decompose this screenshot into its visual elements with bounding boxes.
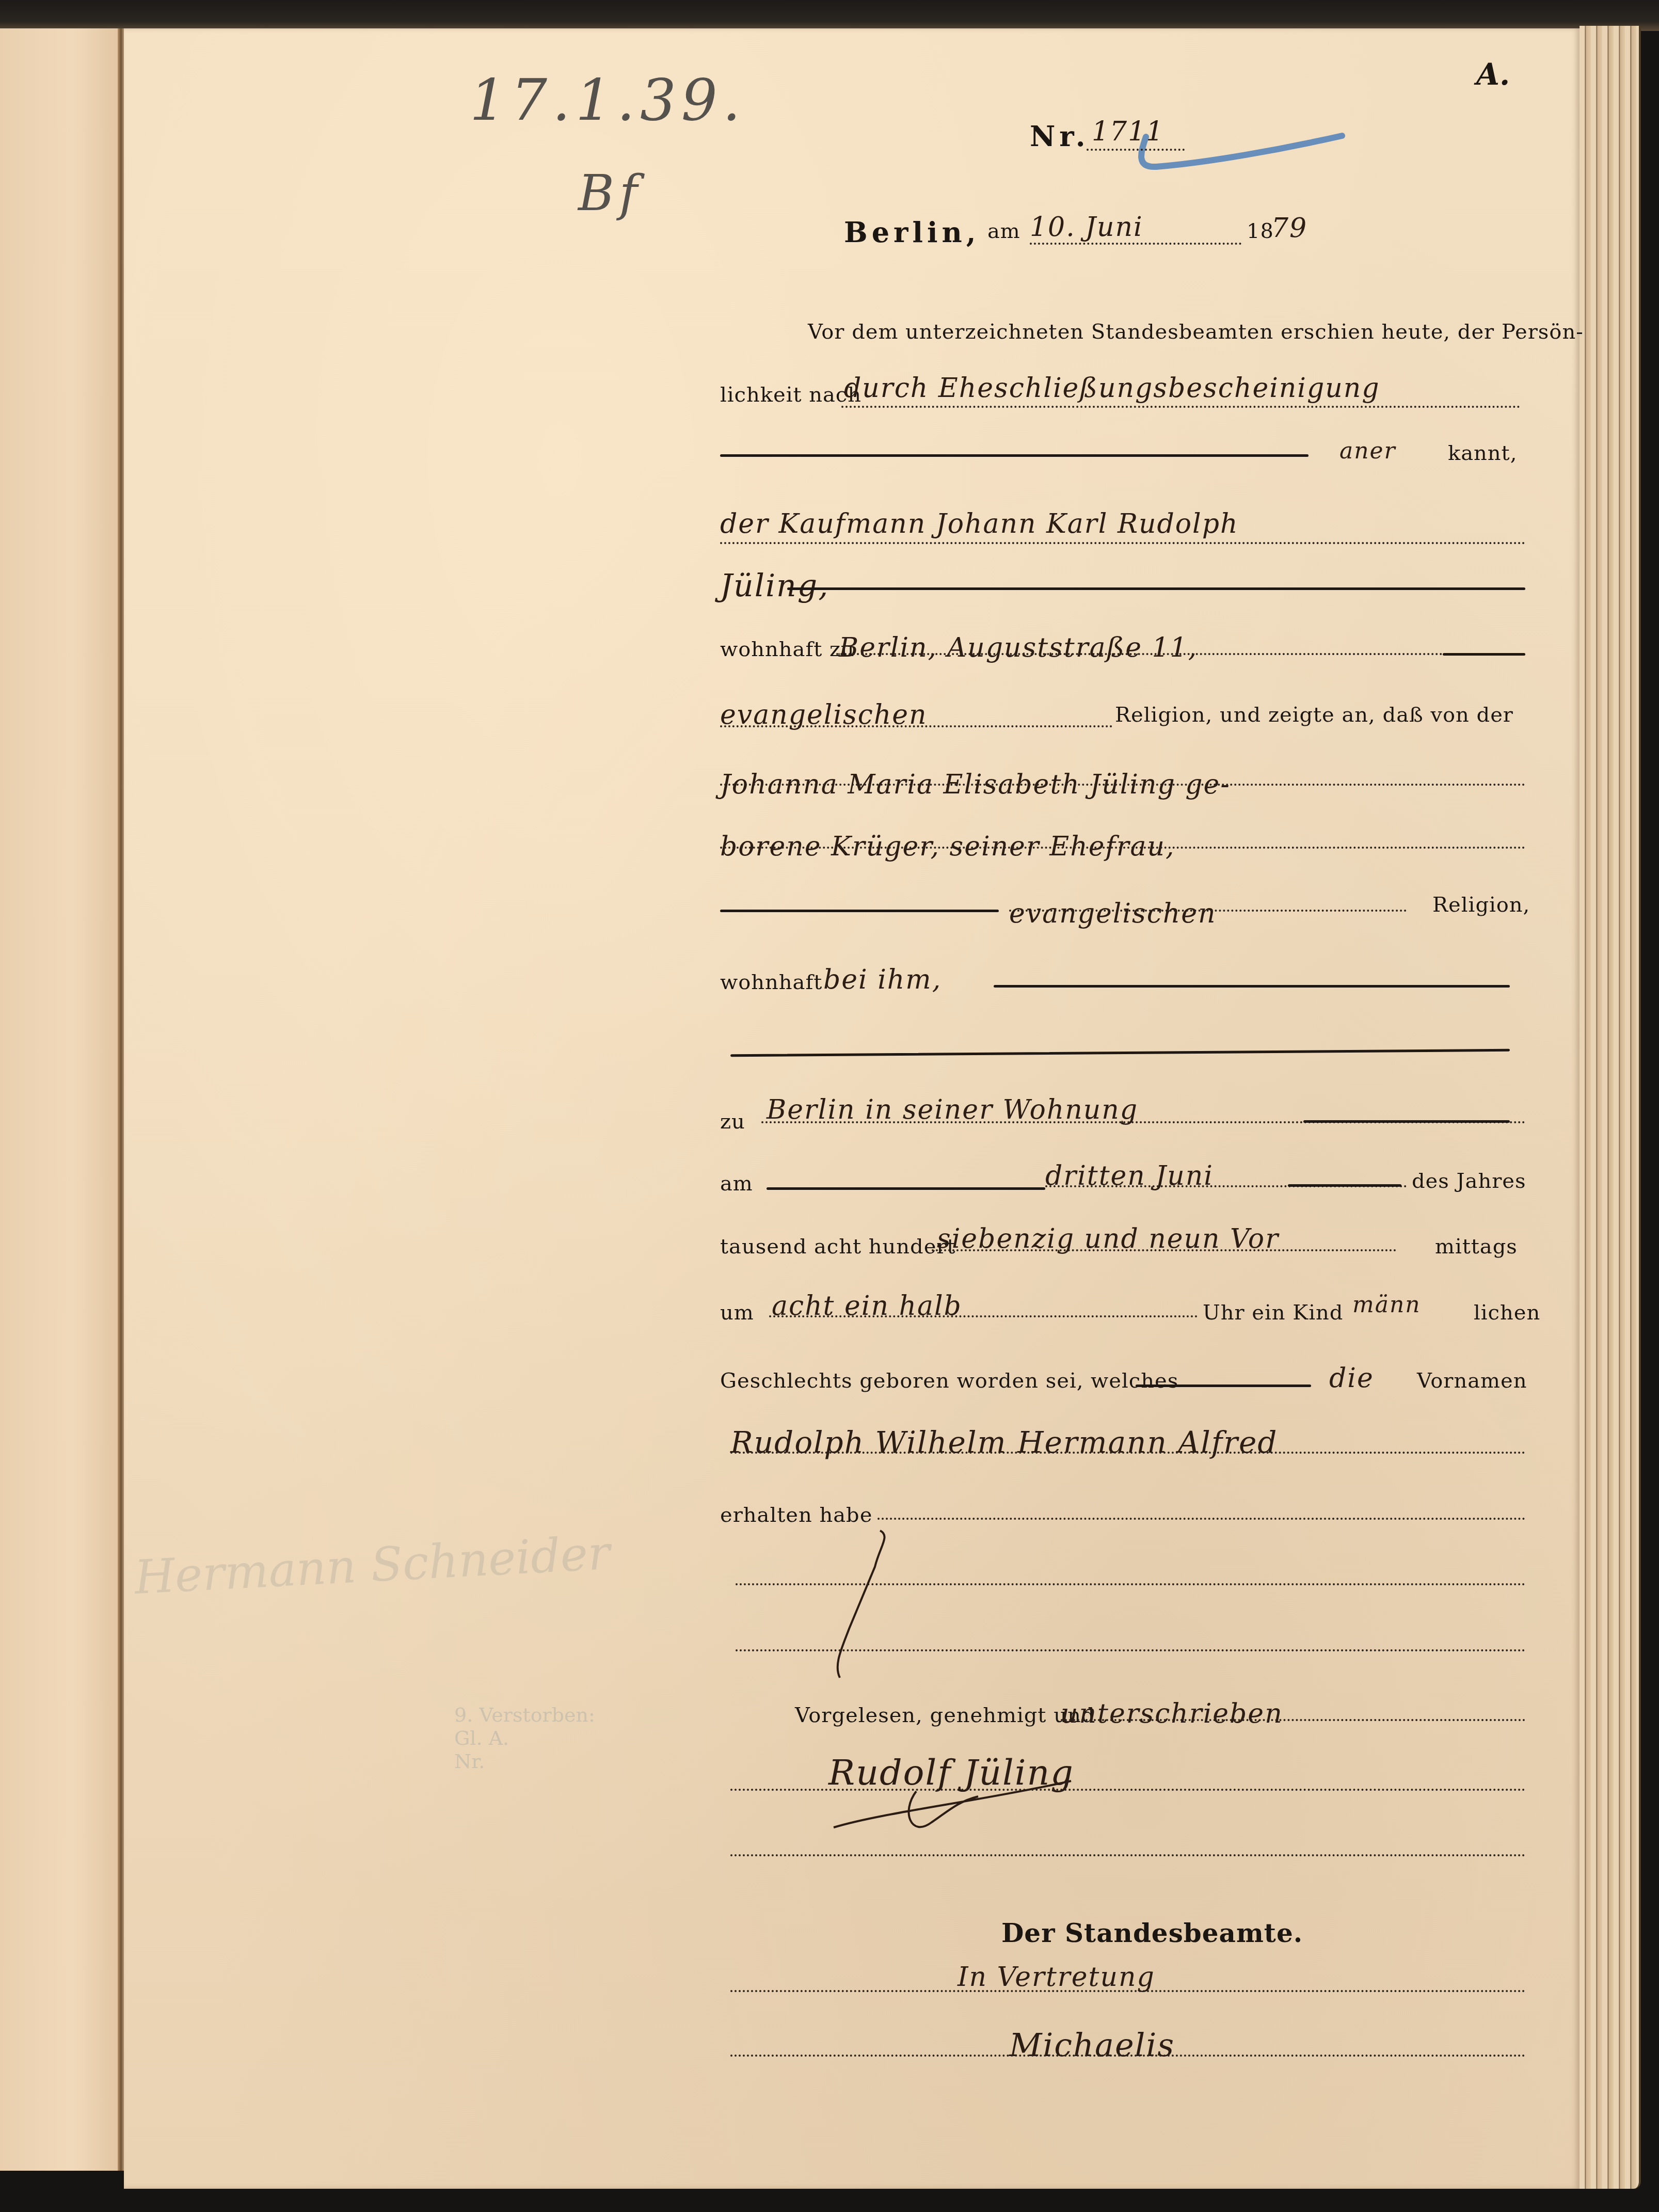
registrar-signature: Michaelis <box>1009 2026 1175 2064</box>
unterschrieben-hand: unterschrieben <box>1061 1698 1283 1729</box>
religion-dotline <box>720 725 1112 727</box>
persoenlichkeit-label: lichkeit nach <box>720 383 862 407</box>
anerkannt-hand: aner <box>1339 438 1396 464</box>
birth-date-fill-2 <box>1288 1184 1401 1187</box>
blank-fill-line <box>730 1049 1510 1057</box>
uhr-ein-kind: Uhr ein Kind <box>1203 1301 1343 1325</box>
mother-wohnhaft-label: wohnhaft <box>720 970 822 994</box>
informant-residence: Berlin, Auguststraße 11, <box>839 632 1198 663</box>
erhalten-dotline <box>878 1518 1525 1520</box>
signature-flourish <box>823 1771 1081 1843</box>
vornamen-label: Vornamen <box>1417 1369 1527 1393</box>
registrar-dotline-1 <box>730 1990 1525 1992</box>
child-given-names: Rudolph Wilhelm Hermann Alfred <box>730 1425 1278 1460</box>
mother-dotline-2 <box>720 847 1525 849</box>
birth-time-dotline <box>769 1315 1198 1317</box>
pencil-initials: Bf <box>578 165 643 222</box>
anerkannt-printed: kannt, <box>1448 441 1517 465</box>
page-stack-edges <box>1580 26 1641 2189</box>
mother-religion-dotline <box>1009 910 1407 912</box>
registrar-in-vertretung: In Vertretung <box>958 1962 1155 1993</box>
entry-number-label: Nr. <box>1030 120 1090 153</box>
faint-stamp-line-3: Nr. <box>454 1750 485 1773</box>
child-sex: männ <box>1352 1292 1421 1318</box>
um-label: um <box>720 1301 754 1325</box>
anerkannt-fill-line <box>720 454 1309 457</box>
entry-number-value: 1711 <box>1092 116 1164 147</box>
mittags-label: mittags <box>1435 1235 1518 1259</box>
birth-register-form: Nr. 1711 Berlin, am 10. Juni 18 79 Vor d… <box>720 0 1546 2212</box>
mother-religion-printed: Religion, <box>1432 893 1530 917</box>
left-page-edge <box>0 28 121 2171</box>
year-prefix: 18 <box>1247 219 1274 243</box>
zu-label: zu <box>720 1110 745 1134</box>
mother-residence: bei ihm, <box>823 964 942 995</box>
registrar-dotline-2 <box>730 2055 1525 2057</box>
registrar-title: Der Standesbeamte. <box>1001 1918 1303 1948</box>
opening-sentence: Vor dem unterzeichneten Standesbeamten e… <box>808 320 1584 344</box>
year-suffix: 79 <box>1271 213 1307 244</box>
welches-hand: die <box>1329 1363 1374 1394</box>
place-label: Berlin, <box>844 216 980 249</box>
mother-residence-fill <box>994 985 1510 988</box>
geschlechts-line: Geschlechts geboren worden sei, welches <box>720 1369 1178 1393</box>
residence-fill-line <box>1443 653 1525 656</box>
residence-dotline <box>836 653 1525 655</box>
lichen-label: lichen <box>1474 1301 1540 1325</box>
informant-line-1: der Kaufmann Johann Karl Rudolph <box>720 508 1239 539</box>
mother-religion: evangelischen <box>1009 898 1217 929</box>
erhalten-habe: erhalten habe <box>720 1503 872 1527</box>
birth-year-dotline <box>932 1249 1396 1251</box>
identification-method: durch Eheschließungsbescheinigung <box>844 373 1380 404</box>
vorgelesen-label: Vorgelesen, genehmigt und <box>795 1704 1095 1727</box>
vorgelesen-dotline <box>1061 1719 1525 1721</box>
faint-stamp-line-1: 9. Verstorben: <box>454 1704 595 1726</box>
birth-am-label: am <box>720 1172 753 1196</box>
date-dotline <box>1030 243 1241 245</box>
identification-line <box>841 406 1520 408</box>
signature-dotline-2 <box>730 1854 1525 1856</box>
tausend-acht-hundert: tausend acht hundert <box>720 1235 956 1259</box>
birth-date-fill <box>767 1187 1045 1190</box>
pencil-date-annotation: 17.1.39. <box>470 67 746 133</box>
informant-fill-line <box>787 587 1525 590</box>
religion-printed: Religion, und zeigte an, daß von der <box>1115 703 1513 727</box>
given-names-dotline <box>730 1452 1525 1454</box>
des-jahres-label: des Jahres <box>1412 1169 1526 1193</box>
informant-surname: Jüling, <box>720 568 829 604</box>
wohnhaft-zu-label: wohnhaft zu <box>720 638 855 661</box>
informant-dotline-1 <box>720 542 1525 544</box>
faint-stamp-line-2: Gl. A. <box>454 1727 509 1749</box>
date-value: 10. Juni <box>1030 212 1143 243</box>
mother-religion-fill <box>720 910 999 912</box>
mother-dotline-1 <box>720 784 1525 786</box>
birth-place: Berlin in seiner Wohnung <box>767 1094 1138 1125</box>
birth-place-fill <box>1303 1120 1510 1123</box>
welches-fill <box>1136 1385 1311 1387</box>
signature-dotline-1 <box>730 1789 1525 1791</box>
date-am-label: am <box>987 219 1020 243</box>
cancel-stroke <box>792 1525 896 1680</box>
entry-number-line <box>1087 149 1185 151</box>
